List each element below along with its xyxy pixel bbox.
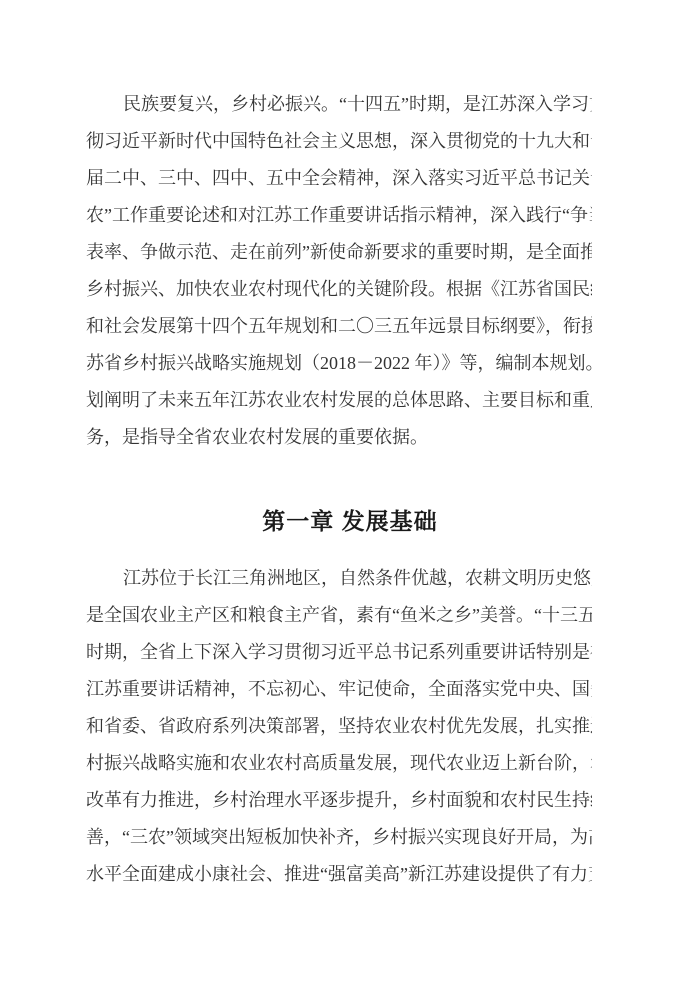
text-line: 村振兴战略实施和农业农村高质量发展，现代农业迈上新台阶，农村: [86, 745, 592, 782]
text-line: 江苏重要讲话精神，不忘初心、牢记使命，全面落实党中央、国务院: [86, 671, 592, 708]
text-line: 改革有力推进，乡村治理水平逐步提升，乡村面貌和农村民生持续改: [86, 782, 592, 819]
text-line: 农”工作重要论述和对江苏工作重要讲话指示精神，深入践行“争当: [86, 197, 592, 234]
chapter-1-paragraph: 江苏位于长江三角洲地区，自然条件优越，农耕文明历史悠久， 是全国农业主产区和粮食…: [86, 560, 592, 893]
text-line: 时期，全省上下深入学习贯彻习近平总书记系列重要讲话特别是视察: [86, 634, 592, 671]
text-line: 是全国农业主产区和粮食主产省，素有“鱼米之乡”美誉。“十三五”: [86, 597, 592, 634]
text-line: 彻习近平新时代中国特色社会主义思想，深入贯彻党的十九大和十九: [86, 123, 592, 160]
document-content: 民族要复兴，乡村必振兴。“十四五”时期，是江苏深入学习贯 彻习近平新时代中国特色…: [0, 0, 700, 893]
text-line: 水平全面建成小康社会、推进“强富美高”新江苏建设提供了有力支: [86, 856, 592, 893]
text-line: 划阐明了未来五年江苏农业农村发展的总体思路、主要目标和重点任: [86, 382, 592, 419]
chapter-heading: 第一章 发展基础: [0, 504, 700, 538]
text-line: 届二中、三中、四中、五中全会精神，深入落实习近平总书记关于“三: [86, 160, 592, 197]
document-page: 民族要复兴，乡村必振兴。“十四五”时期，是江苏深入学习贯 彻习近平新时代中国特色…: [0, 0, 700, 990]
text-line: 和省委、省政府系列决策部署，坚持农业农村优先发展，扎实推进乡: [86, 708, 592, 745]
intro-paragraph: 民族要复兴，乡村必振兴。“十四五”时期，是江苏深入学习贯 彻习近平新时代中国特色…: [86, 86, 592, 456]
text-line: 务，是指导全省农业农村发展的重要依据。: [86, 419, 592, 456]
text-line: 和社会发展第十四个五年规划和二〇三五年远景目标纲要》，衔接《江: [86, 308, 592, 345]
text-line: 乡村振兴、加快农业农村现代化的关键阶段。根据《江苏省国民经济: [86, 271, 592, 308]
text-line: 苏省乡村振兴战略实施规划（2018－2022 年）》等，编制本规划。规: [86, 345, 592, 382]
text-line: 善，“三农”领域突出短板加快补齐，乡村振兴实现良好开局，为高: [86, 819, 592, 856]
text-line: 表率、争做示范、走在前列”新使命新要求的重要时期，是全面推进: [86, 234, 592, 271]
text-line: 民族要复兴，乡村必振兴。“十四五”时期，是江苏深入学习贯: [86, 86, 592, 123]
text-line: 江苏位于长江三角洲地区，自然条件优越，农耕文明历史悠久，: [86, 560, 592, 597]
